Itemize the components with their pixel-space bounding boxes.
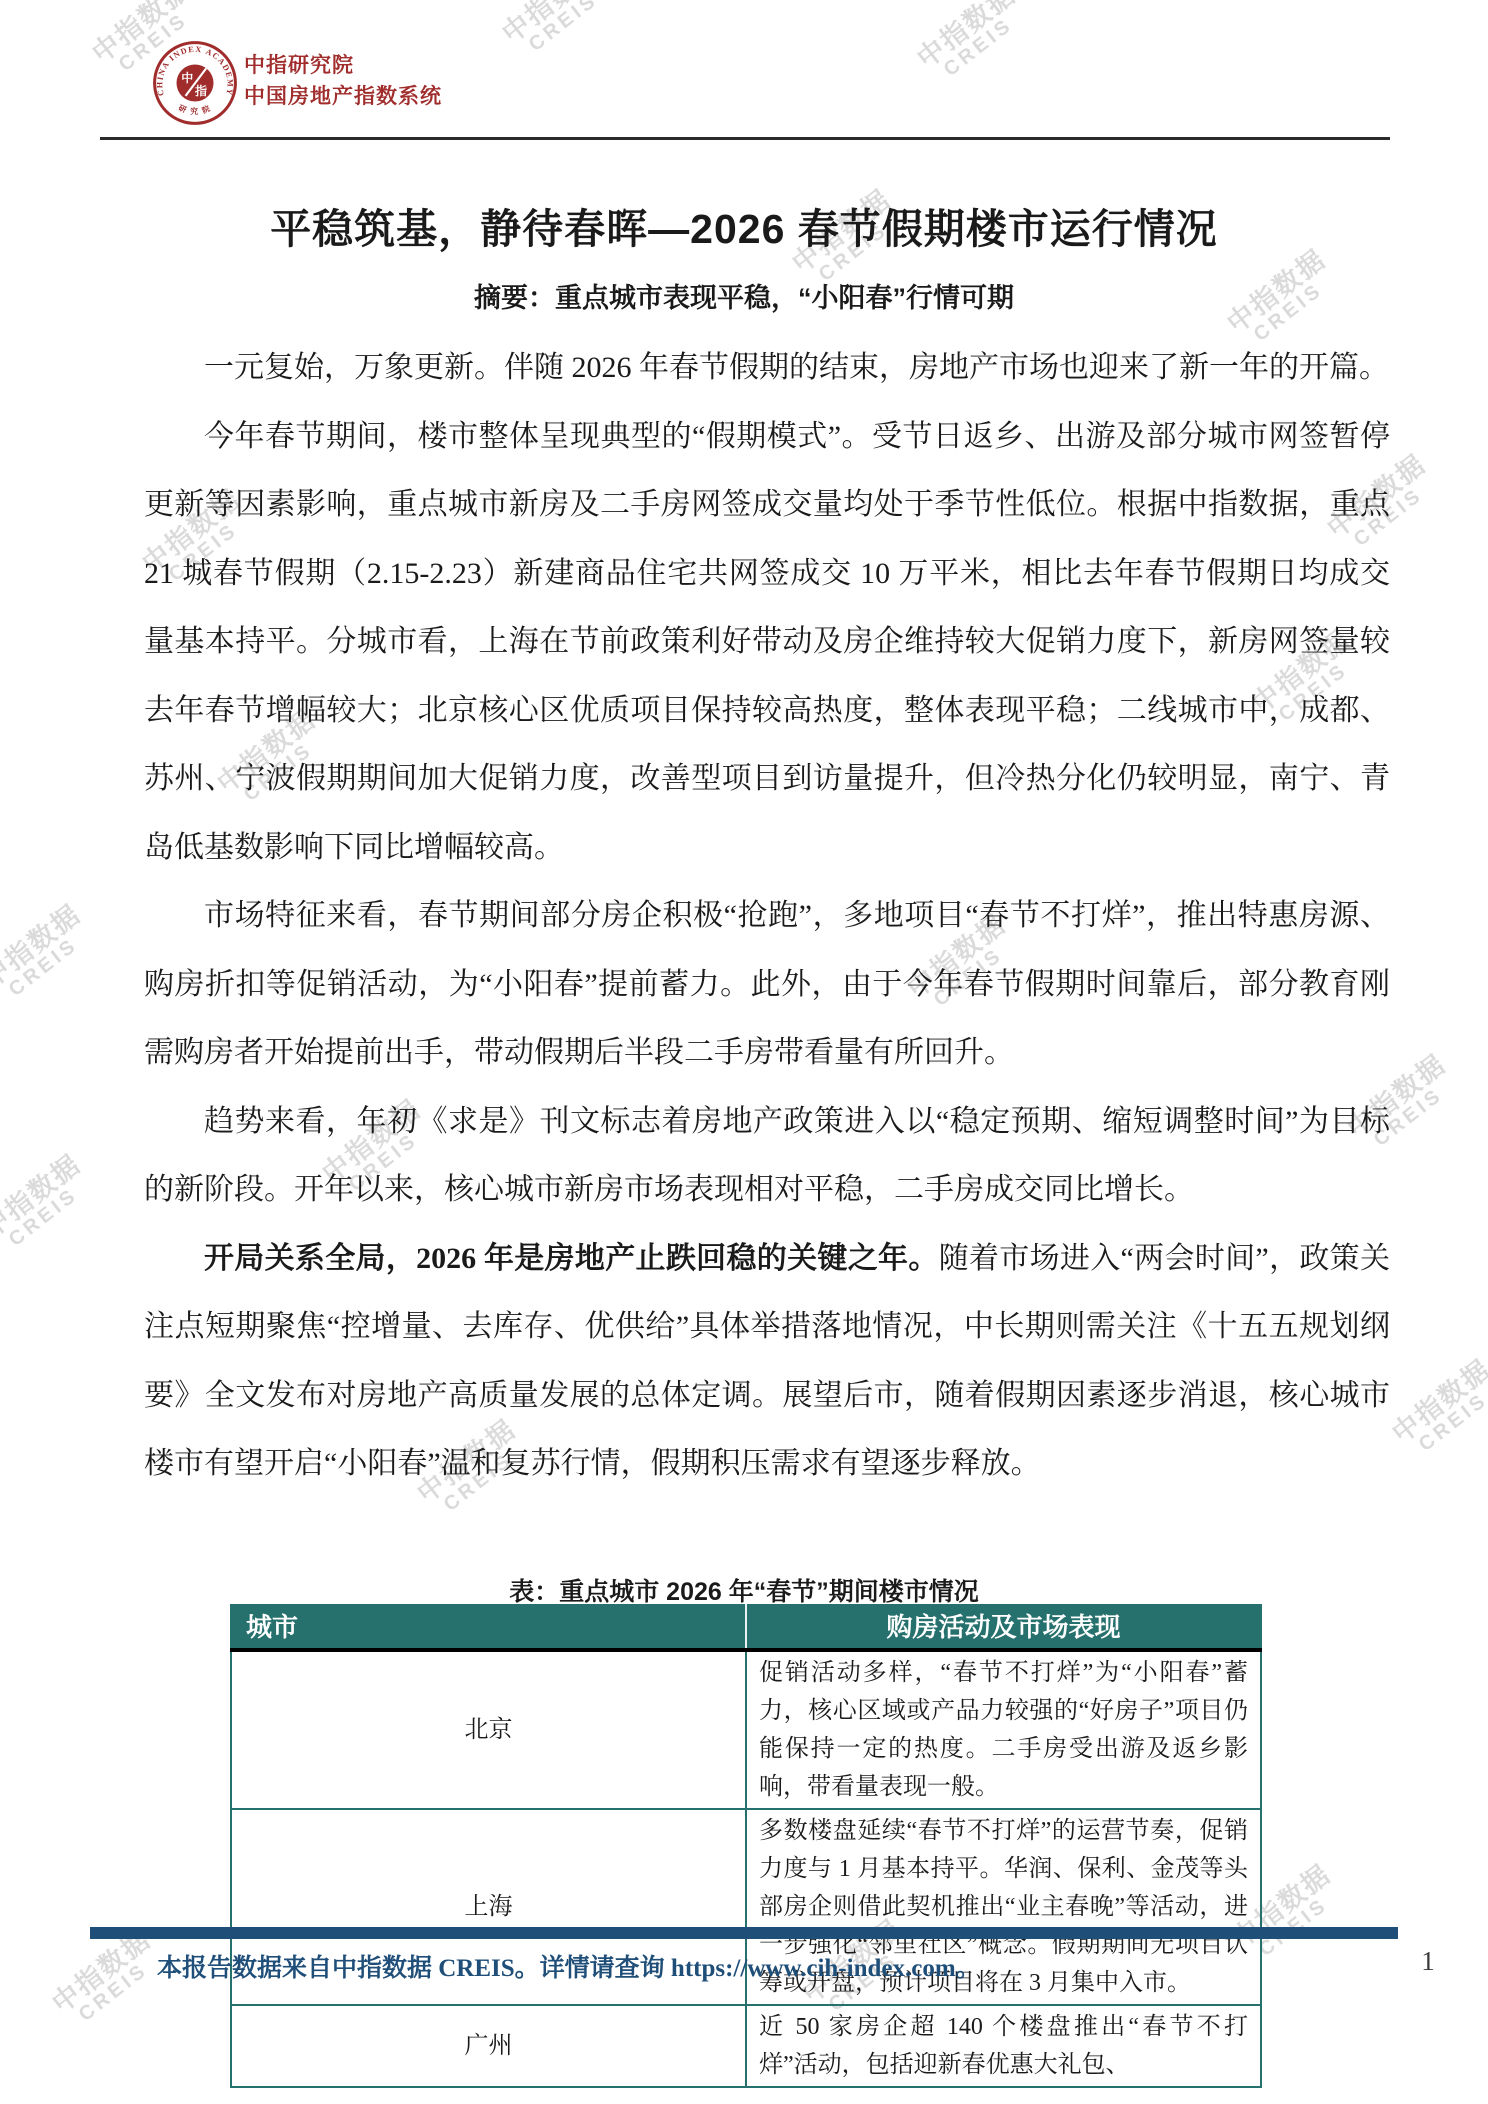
footer-note-suffix: 。 [956, 1955, 981, 1982]
table-caption: 表：重点城市 2026 年“春节”期间楼市情况 [0, 1572, 1488, 1608]
page-number: 1 [1408, 1946, 1448, 1977]
creis-watermark: 中指数据CREIS [0, 1150, 99, 1260]
body-paragraph: 市场特征来看，春节期间部分房企积极“抢跑”，多地项目“春节不打烊”，推出特惠房源… [144, 882, 1390, 1088]
creis-watermark: 中指数据CREIS [47, 1925, 169, 2035]
table-header-row: 城市 购房活动及市场表现 [231, 1605, 1261, 1650]
city-cell: 北京 [231, 1650, 746, 1809]
svg-text:指: 指 [194, 83, 207, 98]
abstract-line: 摘要：重点城市表现平稳，“小阳春”行情可期 [0, 276, 1488, 315]
creis-watermark: 中指数据CREIS [1387, 1355, 1488, 1465]
col-header-activity: 购房活动及市场表现 [746, 1605, 1261, 1650]
col-header-city: 城市 [231, 1605, 746, 1650]
footer-divider-bar [90, 1927, 1398, 1939]
footer-note: 本报告数据来自中指数据 CREIS。详情请查询 https://www.cih-… [157, 1948, 981, 1984]
city-cell: 广州 [231, 2005, 746, 2087]
footer-link[interactable]: https://www.cih-index.com [671, 1955, 956, 1982]
creis-watermark: 中指数据CREIS [497, 0, 619, 65]
body-paragraph: 今年春节期间，楼市整体呈现典型的“假期模式”。受节日返乡、出游及部分城市网签暂停… [144, 403, 1390, 883]
creis-watermark: 中指数据CREIS [0, 900, 99, 1010]
body-text-block: 一元复始，万象更新。伴随 2026 年春节假期的结束，房地产市场也迎来了新一年的… [144, 334, 1390, 1499]
body-paragraph: 趋势来看，年初《求是》刊文标志着房地产政策进入以“稳定预期、缩短调整时间”为目标… [144, 1088, 1390, 1225]
city-market-table: 城市 购房活动及市场表现 北京促销活动多样，“春节不打烊”为“小阳春”蓄力，核心… [230, 1604, 1262, 2088]
org-name-line1: 中指研究院 [244, 50, 442, 81]
page-title: 平稳筑基，静待春晖—2026 春节假期楼市运行情况 [0, 196, 1488, 255]
creis-watermark: 中指数据CREIS [912, 0, 1034, 90]
org-name-block: 中指研究院 中国房地产指数系统 [244, 50, 442, 112]
org-name-line2: 中国房地产指数系统 [244, 81, 442, 112]
document-page: 中指数据CREIS中指数据CREIS中指数据CREIS中指数据CREIS中指数据… [0, 0, 1488, 2104]
activity-cell: 促销活动多样，“春节不打烊”为“小阳春”蓄力，核心区域或产品力较强的“好房子”项… [746, 1650, 1261, 1809]
activity-cell: 近 50 家房企超 140 个楼盘推出“春节不打烊”活动，包括迎新春优惠大礼包、 [746, 2005, 1261, 2087]
header-divider [100, 137, 1390, 140]
table-row: 北京促销活动多样，“春节不打烊”为“小阳春”蓄力，核心区域或产品力较强的“好房子… [231, 1650, 1261, 1809]
svg-text:中: 中 [181, 70, 193, 85]
table-row: 广州近 50 家房企超 140 个楼盘推出“春节不打烊”活动，包括迎新春优惠大礼… [231, 2005, 1261, 2087]
footer-note-prefix: 本报告数据来自中指数据 CREIS。详情请查询 [157, 1955, 671, 1982]
body-paragraph: 一元复始，万象更新。伴随 2026 年春节假期的结束，房地产市场也迎来了新一年的… [144, 334, 1390, 403]
body-paragraph: 开局关系全局，2026 年是房地产止跌回稳的关键之年。随着市场进入“两会时间”，… [144, 1225, 1390, 1499]
china-index-academy-seal-icon: CHINA INDEX ACADEMY 研 究 院 中 指 [152, 40, 238, 126]
